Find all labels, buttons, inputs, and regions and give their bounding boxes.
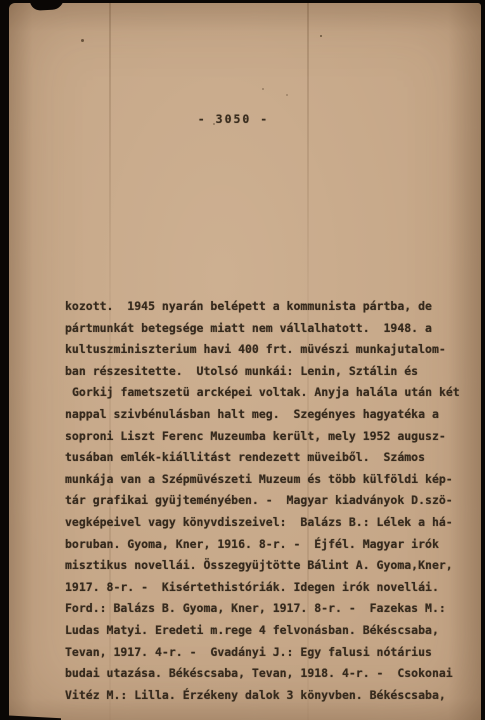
- foxing-speck: [286, 94, 288, 96]
- text-line: kultuszminiszterium havi 400 frt. müvész…: [65, 339, 465, 361]
- text-line: Vitéz M.: Lilla. Érzékeny dalok 3 könyvb…: [65, 685, 465, 707]
- text-line: kozott. 1945 nyarán belépett a kommunist…: [65, 296, 465, 318]
- text-line: tusában emlék-kiállitást rendezett müvei…: [65, 447, 465, 469]
- text-line: Ford.: Balázs B. Gyoma, Kner, 1917. 8-r.…: [65, 598, 465, 620]
- text-line: Gorkij fametszetü arcképei voltak. Anyja…: [65, 382, 465, 404]
- text-line: munkája van a Szépmüvészeti Muzeum és tö…: [65, 469, 465, 491]
- text-line: misztikus novellái. Összegyüjtötte Bálin…: [65, 555, 465, 577]
- foxing-speck: [262, 88, 264, 90]
- text-line: vegképeivel vagy könyvdiszeivel: Balázs …: [65, 512, 465, 534]
- scanned-document-page: - 3050 - kozott. 1945 nyarán belépett a …: [0, 0, 485, 720]
- text-line: tár grafikai gyüjteményében. - Magyar ki…: [65, 490, 465, 512]
- text-line: ban részesitette. Utolsó munkái: Lenin, …: [65, 361, 465, 383]
- text-line: soproni Liszt Ferenc Muzeumba került, me…: [65, 426, 465, 448]
- text-line: Tevan, 1917. 4-r. - Gvadányi J.: Egy fal…: [65, 642, 465, 664]
- text-line: 1917. 8-r. - Kisértethistóriák. Idegen i…: [65, 577, 465, 599]
- foxing-speck: [320, 35, 322, 37]
- foxing-speck: [81, 39, 84, 42]
- text-line: boruban. Gyoma, Kner, 1916. 8-r. - Éjfél…: [65, 534, 465, 556]
- text-line: Ludas Matyi. Eredeti m.rege 4 felvonásba…: [65, 620, 465, 642]
- text-line: nappal szivbénulásban halt meg. Szegénye…: [65, 404, 465, 426]
- text-line: pártmunkát betegsége miatt nem vállalhat…: [65, 318, 465, 340]
- typewritten-text-block: kozott. 1945 nyarán belépett a kommunist…: [65, 296, 465, 706]
- text-line: budai utazása. Békéscsaba, Tevan, 1918. …: [65, 663, 465, 685]
- page-number: - 3050 -: [0, 112, 476, 126]
